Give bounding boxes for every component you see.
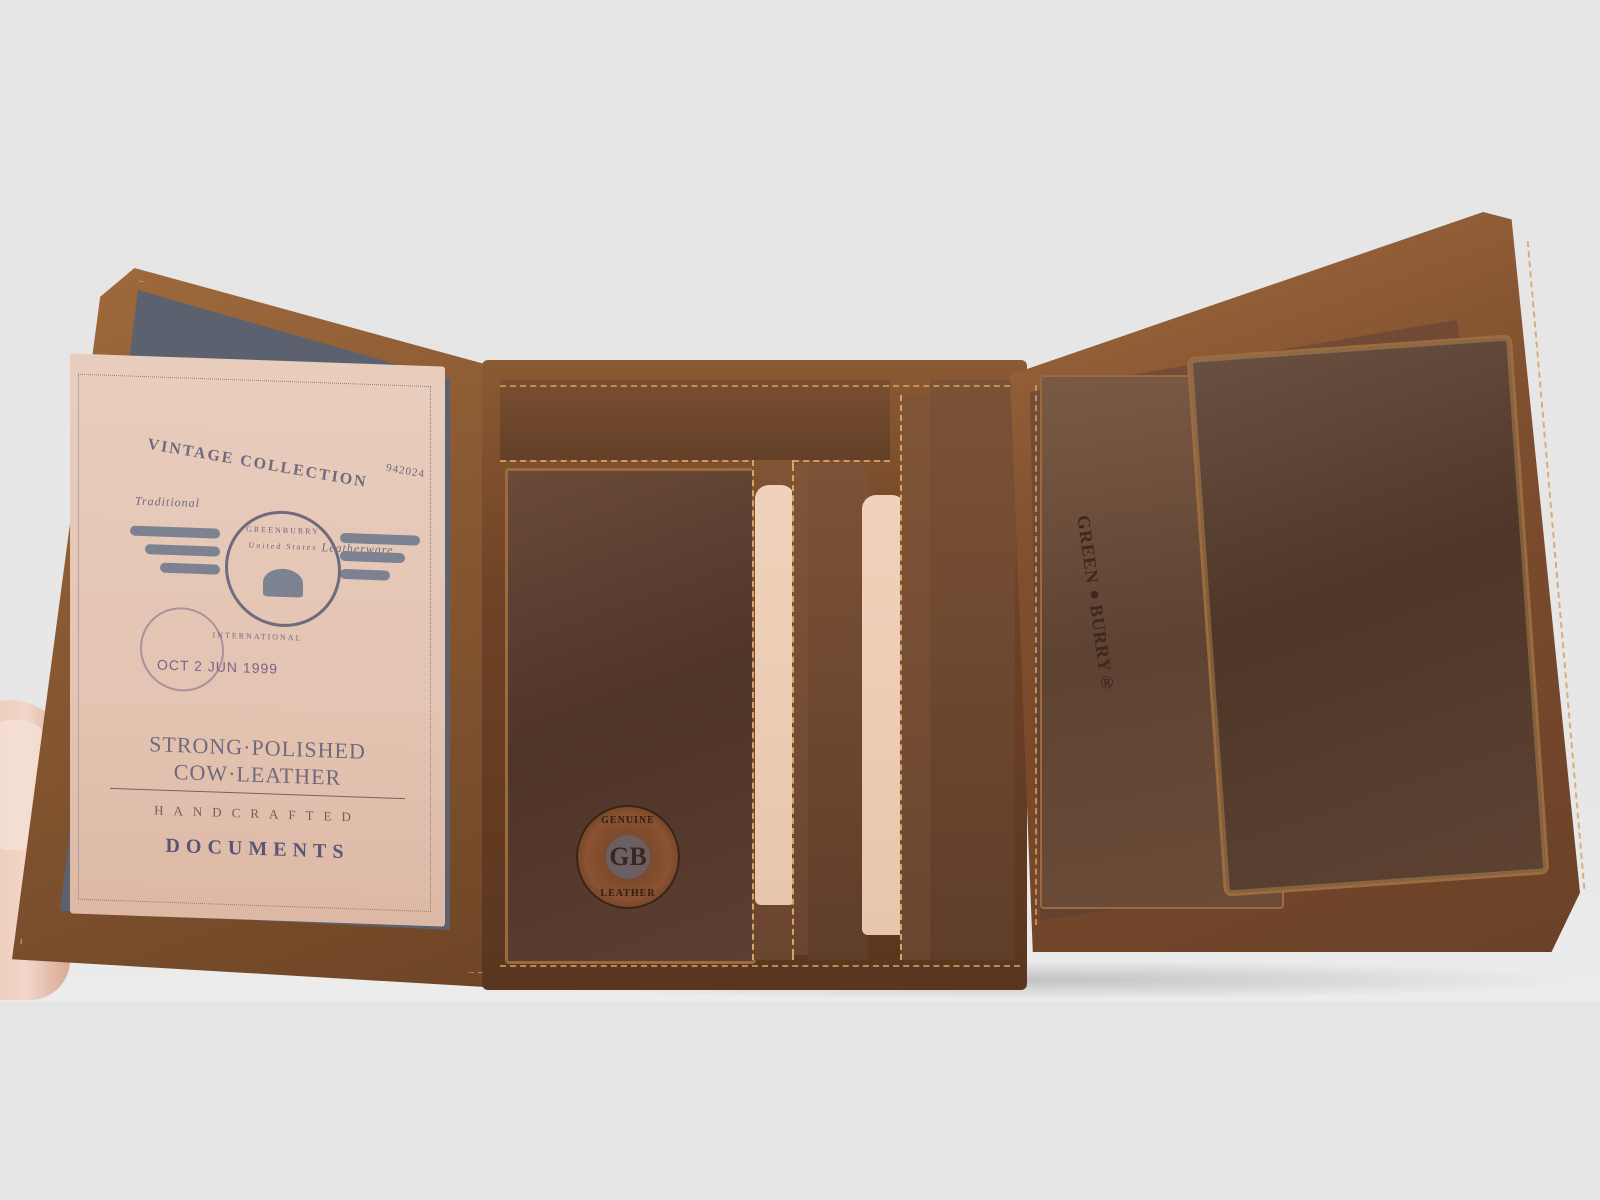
slot-divider	[808, 465, 868, 960]
stitching	[500, 965, 1020, 967]
emblem-brand: GREENBURRY	[228, 524, 338, 537]
wing-stripe	[340, 569, 390, 581]
stitching	[1035, 385, 1037, 925]
center-fold	[930, 380, 1015, 960]
genuine-leather-badge: GENUINE GB LEATHER	[576, 805, 680, 909]
emblem-sub: United States	[228, 540, 338, 553]
badge-bottom-text: LEATHER	[600, 888, 655, 899]
coin-pocket-flap[interactable]	[1187, 334, 1550, 896]
card-slot	[900, 395, 934, 960]
card-insert	[755, 485, 795, 905]
id-card-label: VINTAGE COLLECTION 942024 Traditional Le…	[70, 353, 445, 926]
top-slot	[500, 380, 890, 462]
stitching	[500, 385, 1020, 387]
badge-top-text: GENUINE	[601, 815, 655, 826]
badge-monogram: GB	[609, 842, 647, 872]
product-photo: VINTAGE COLLECTION 942024 Traditional Le…	[0, 0, 1600, 1001]
wing-stripe	[160, 563, 220, 575]
tree-icon	[263, 568, 303, 597]
